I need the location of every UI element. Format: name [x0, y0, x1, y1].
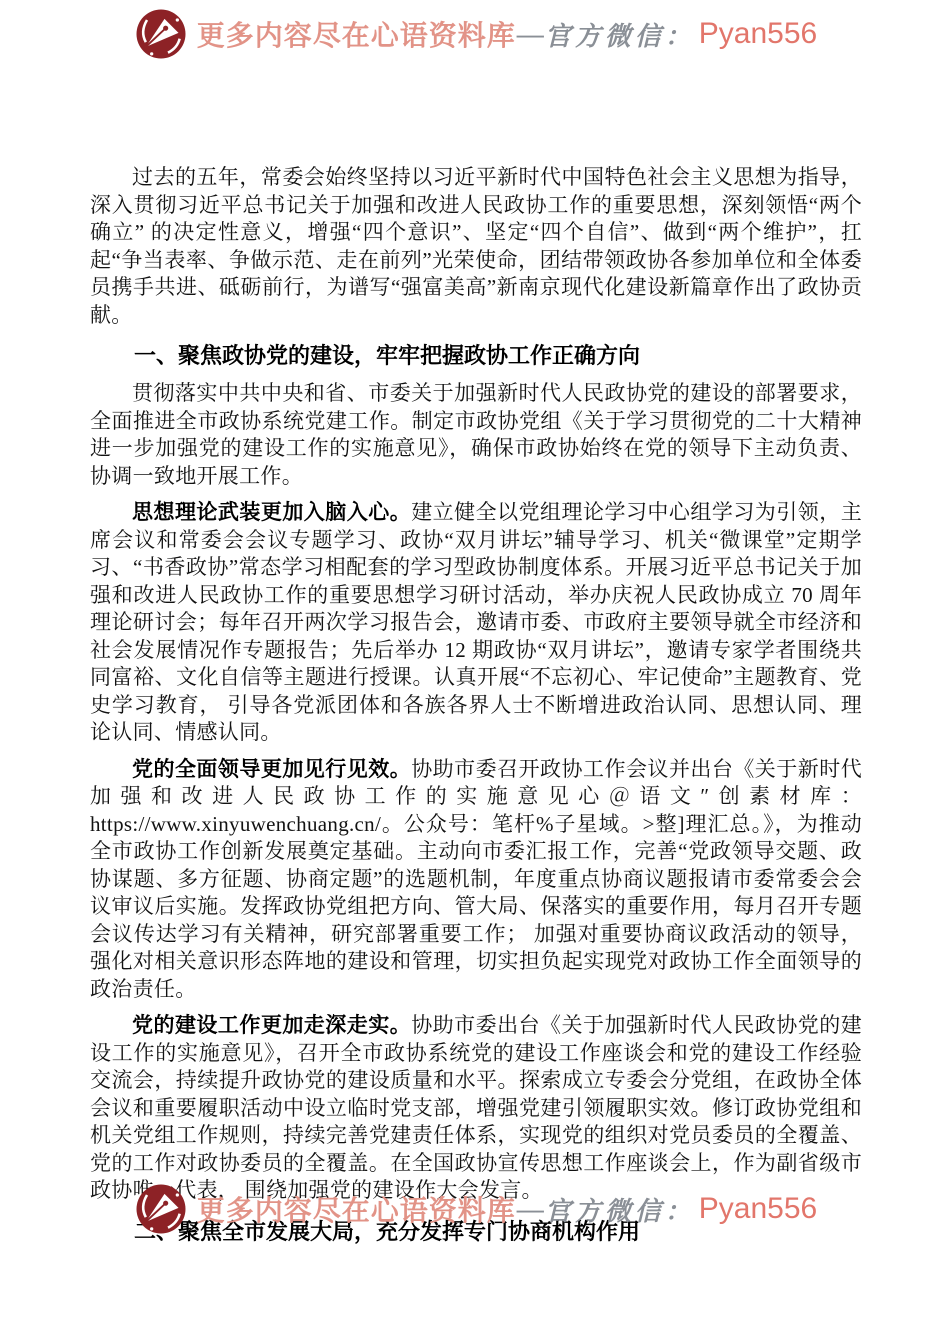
paragraph-text: 建立健全以党组理论学习中心组学习为引领，主席会议和常委会会议专题学习、政协“双月…	[90, 500, 862, 744]
paragraph: 党的建设工作更加走深走实。协助市委出台《关于加强新时代人民政协党的建设工作的实施…	[90, 1012, 862, 1205]
watermark-dash: —	[517, 1194, 544, 1225]
paragraph-text: 协助市委召开政协工作会议并出台《关于新时代加强和改进人民政协工作的实施意见心＠语…	[90, 757, 862, 1001]
paragraph-text: 协助市委出台《关于加强新时代人民政协党的建设工作的实施意见》，召开全市政协系统党…	[90, 1013, 862, 1202]
watermark-dash: —	[517, 19, 544, 50]
paragraph-text: 过去的五年，常委会始终坚持以习近平新时代中国特色社会主义思想为指导，深入贯彻习近…	[90, 165, 862, 327]
document-body: 过去的五年，常委会始终坚持以习近平新时代中国特色社会主义思想为指导，深入贯彻习近…	[90, 164, 862, 1256]
pen-logo-icon	[133, 1181, 189, 1237]
paragraph: 思想理论武装更加入脑入心。建立健全以党组理论学习中心组学习为引领，主席会议和常委…	[90, 499, 862, 747]
document-page: 更多内容尽在心语资料库 — 官方微信： Pyan556 过去的五年，常委会始终坚…	[0, 0, 950, 1344]
watermark-site-text: 更多内容尽在心语资料库	[197, 1189, 516, 1229]
paragraph: 过去的五年，常委会始终坚持以习近平新时代中国特色社会主义思想为指导，深入贯彻习近…	[90, 164, 862, 329]
section-heading-1: 一、聚焦政协党的建设，牢牢把握政协工作正确方向	[90, 342, 862, 370]
paragraph-lead: 党的建设工作更加走深走实。	[132, 1014, 411, 1037]
watermark-site-text: 更多内容尽在心语资料库	[197, 14, 516, 54]
pen-logo-icon	[133, 6, 189, 62]
watermark-header: 更多内容尽在心语资料库 — 官方微信： Pyan556	[0, 6, 950, 62]
watermark-wechat-label: 官方微信：	[545, 16, 695, 53]
watermark-wechat-label: 官方微信：	[545, 1191, 695, 1228]
paragraph-lead: 党的全面领导更加见行见效。	[132, 758, 411, 781]
paragraph-lead: 思想理论武装更加入脑入心。	[132, 501, 411, 524]
watermark-wechat-id: Pyan556	[699, 17, 817, 51]
watermark-footer: 更多内容尽在心语资料库 — 官方微信： Pyan556	[0, 1181, 950, 1237]
paragraph-text: 贯彻落实中共中央和省、市委关于加强新时代人民政协党的建设的部署要求，全面推进全市…	[90, 381, 862, 488]
paragraph: 党的全面领导更加见行见效。协助市委召开政协工作会议并出台《关于新时代加强和改进人…	[90, 756, 862, 1004]
paragraph: 贯彻落实中共中央和省、市委关于加强新时代人民政协党的建设的部署要求，全面推进全市…	[90, 380, 862, 490]
watermark-wechat-id: Pyan556	[699, 1192, 817, 1226]
